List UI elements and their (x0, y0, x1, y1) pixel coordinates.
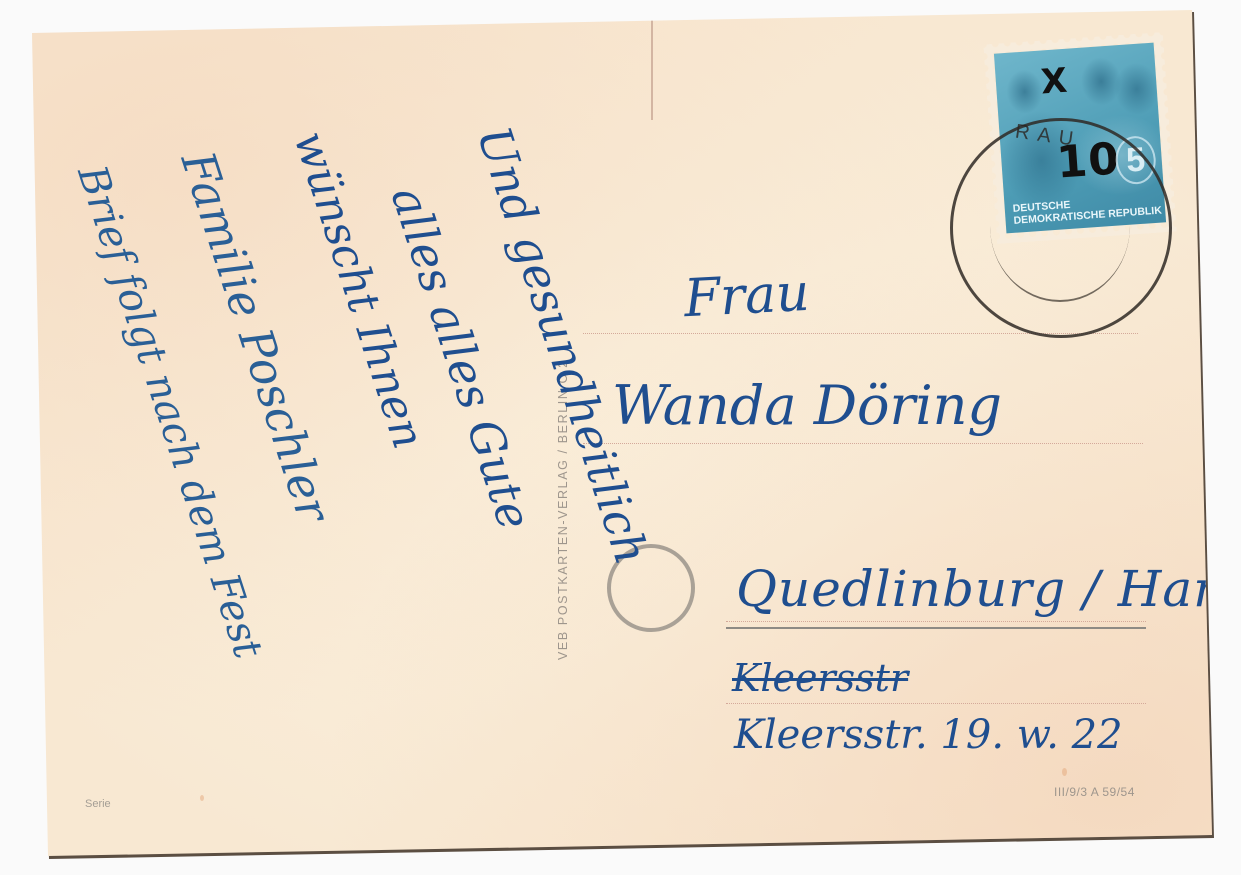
postcard: VEB POSTKARTEN-VERLAG / BERLIN C 2 Serie… (0, 0, 1241, 875)
address-name: Wanda Döring (612, 374, 1002, 437)
paper-stain (200, 795, 204, 801)
series-label-text: Serie (85, 798, 111, 810)
address-street: Kleersstr. 19. w. 22 (734, 712, 1123, 758)
address-line-3-dotted (726, 621, 1146, 622)
address-line-4 (726, 703, 1146, 704)
postmark-inner-arc (990, 150, 1130, 302)
address-salutation: Frau (683, 263, 811, 329)
address-street-crossed-out: Kleersstr (732, 656, 908, 700)
print-code: III/9/3 A 59/54 (1054, 785, 1135, 799)
address-city: Quedlinburg / Harz (736, 560, 1241, 618)
series-label: Serie (85, 798, 111, 810)
center-divider-line (651, 20, 653, 120)
address-line-3 (726, 627, 1146, 629)
stamp-overprint-letter: X (1040, 61, 1069, 103)
paper-stain (1062, 768, 1067, 776)
address-line-2 (583, 443, 1143, 444)
